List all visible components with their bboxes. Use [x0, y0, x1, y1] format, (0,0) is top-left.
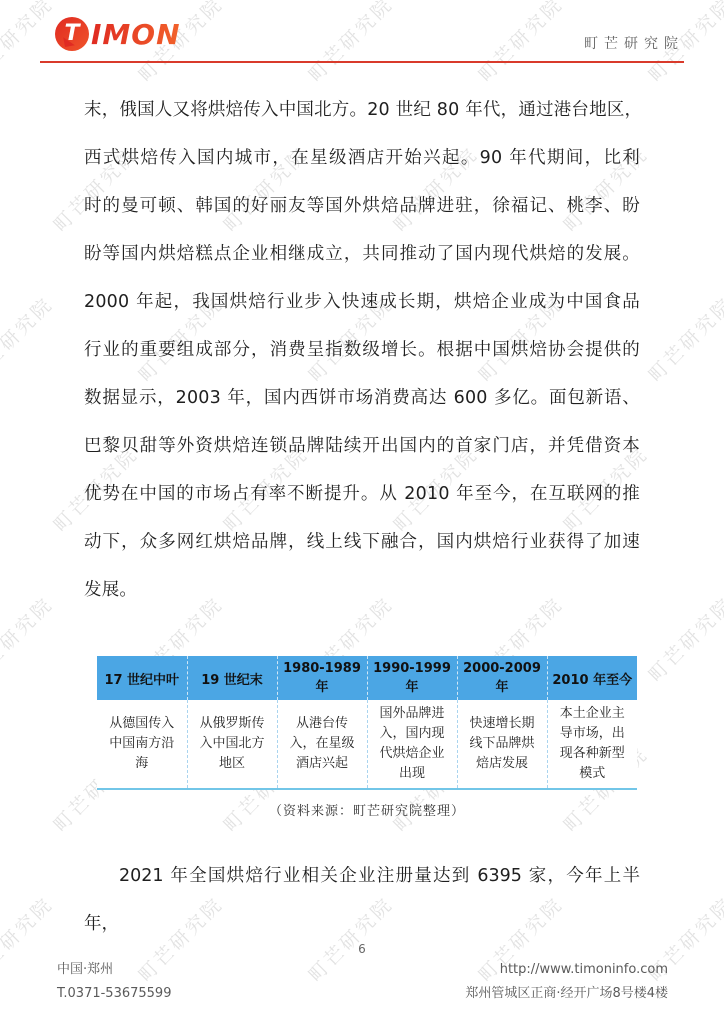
timeline-body-cell: 从俄罗斯传入中国北方地区 [187, 700, 277, 789]
watermark-text: 町芒研究院 [0, 590, 58, 687]
paragraph-line: 盼等国内烘焙糕点企业相继成立，共同推动了国内现代烘焙的发展。 [84, 230, 640, 278]
timeline-table: 17 世纪中叶 19 世纪末 1980-1989 年 1990-1999 年 2… [97, 656, 637, 790]
timon-logo-letter: T [64, 23, 79, 45]
header-org-name: 町芒研究院 [584, 33, 684, 53]
watermark-text: 町芒研究院 [0, 0, 58, 87]
timon-logo-text: IMON [91, 18, 181, 51]
timeline-header-cell: 2000-2009 年 [457, 656, 547, 700]
timeline-header-cell: 1990-1999 年 [367, 656, 457, 700]
paragraph-line: 发展。 [84, 566, 640, 614]
paragraph-line: 末，俄国人又将烘焙传入中国北方。20 世纪 80 年代，通过港台地区， [84, 86, 640, 134]
watermark-text: 町芒研究院 [642, 290, 724, 387]
watermark-text: 町芒研究院 [0, 290, 58, 387]
paragraph-line: 西式烘焙传入国内城市，在星级酒店开始兴起。90 年代期间，比利 [84, 134, 640, 182]
paragraph-line: 数据显示，2003 年，国内西饼市场消费高达 600 多亿。面包新语、 [84, 374, 640, 422]
watermark-text: 町芒研究院 [642, 590, 724, 687]
footer-location: 中国·郑州 [57, 958, 171, 982]
document-page: 町芒研究院町芒研究院町芒研究院町芒研究院町芒研究院町芒研究院町芒研究院町芒研究院… [0, 0, 724, 1024]
timeline-header-cell: 2010 年至今 [547, 656, 637, 700]
paragraph-line: 行业的重要组成部分，消费呈指数级增长。根据中国烘焙协会提供的 [84, 326, 640, 374]
timeline-body-cell: 快速增长期线下品牌烘焙店发展 [457, 700, 547, 789]
body-paragraph-2: 2021 年全国烘焙行业相关企业注册量达到 6395 家，今年上半年， [84, 852, 640, 948]
header-divider [40, 61, 684, 63]
timeline-body-cell: 本土企业主导市场，出现各种新型模式 [547, 700, 637, 789]
footer-address: 郑州管城区正商·经开广场8号楼4楼 [465, 982, 668, 1006]
page-number: 6 [0, 942, 724, 956]
timeline-body-cell: 国外品牌进入，国内现代烘焙企业出现 [367, 700, 457, 789]
footer-phone: T.0371-53675599 [57, 982, 171, 1006]
timeline-header-cell: 1980-1989 年 [277, 656, 367, 700]
paragraph-line: 时的曼可顿、韩国的好丽友等国外烘焙品牌进驻，徐福记、桃李、盼 [84, 182, 640, 230]
body-paragraph-1: 末，俄国人又将烘焙传入中国北方。20 世纪 80 年代，通过港台地区， 西式烘焙… [84, 86, 640, 614]
paragraph-line: 巴黎贝甜等外资烘焙连锁品牌陆续开出国内的首家门店，并凭借资本 [84, 422, 640, 470]
paragraph-line: 动下，众多网红烘焙品牌，线上线下融合，国内烘焙行业获得了加速 [84, 518, 640, 566]
timeline-body-row: 从德国传入中国南方沿海 从俄罗斯传入中国北方地区 从港台传入，在星级酒店兴起 国… [97, 700, 637, 789]
timon-logo-bubble-icon: T [55, 17, 89, 51]
footer-contact-block: 中国·郑州 T.0371-53675599 [57, 958, 171, 1006]
watermark-text: 町芒研究院 [302, 0, 399, 87]
paragraph-line: 2000 年起，我国烘焙行业步入快速成长期，烘焙企业成为中国食品 [84, 278, 640, 326]
footer-website-link[interactable]: http://www.timoninfo.com [465, 958, 668, 982]
timeline-header-cell: 19 世纪末 [187, 656, 277, 700]
source-note: （资料来源：町芒研究院整理） [97, 800, 637, 819]
timeline-body-cell: 从德国传入中国南方沿海 [97, 700, 187, 789]
timeline-header-row: 17 世纪中叶 19 世纪末 1980-1989 年 1990-1999 年 2… [97, 656, 637, 700]
footer-address-block: http://www.timoninfo.com 郑州管城区正商·经开广场8号楼… [465, 958, 668, 1006]
watermark-text: 町芒研究院 [472, 0, 569, 87]
watermark-text: 町芒研究院 [0, 890, 58, 987]
timeline-header-cell: 17 世纪中叶 [97, 656, 187, 700]
timeline-body-cell: 从港台传入，在星级酒店兴起 [277, 700, 367, 789]
timon-logo: T IMON [55, 17, 181, 51]
paragraph-line: 优势在中国的市场占有率不断提升。从 2010 年至今，在互联网的推 [84, 470, 640, 518]
